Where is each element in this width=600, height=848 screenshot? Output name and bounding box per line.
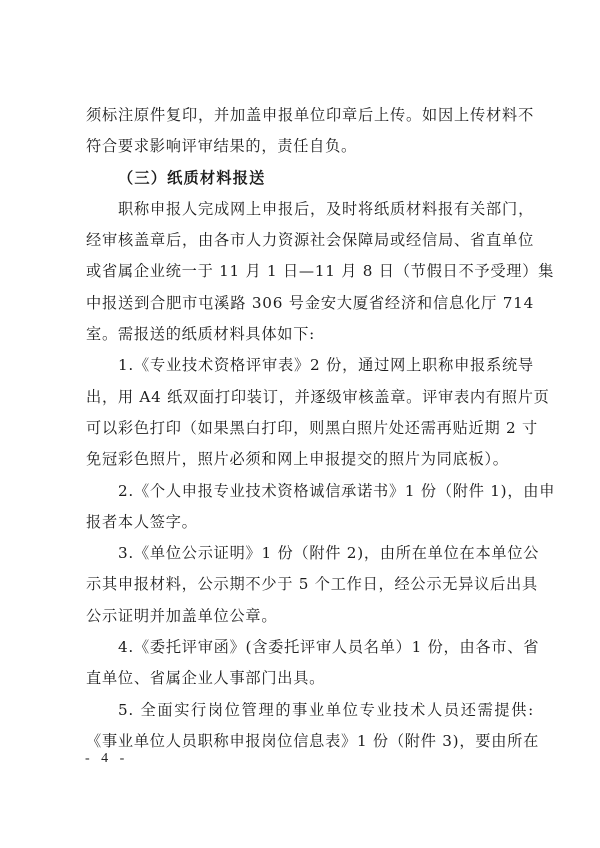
body-line: 免冠彩色照片，照片必须和网上申报提交的照片为同底板）。 xyxy=(86,444,534,475)
body-line: 报者本人签字。 xyxy=(86,507,534,538)
list-item-3: 3.《单位公示证明》1 份（附件 2)，由所在单位在本单位公 xyxy=(86,538,534,569)
list-item-1: 1.《专业技术资格评审表》2 份，通过网上职称申报系统导 xyxy=(86,350,534,381)
body-line: 直单位、省属企业人事部门出具。 xyxy=(86,663,534,694)
body-line: 符合要求影响评审结果的，责任自负。 xyxy=(86,131,534,162)
body-line: 须标注原件复印，并加盖申报单位印章后上传。如因上传材料不 xyxy=(86,100,534,131)
list-item-5: 5. 全面实行岗位管理的事业单位专业技术人员还需提供: xyxy=(86,695,534,726)
section-heading: （三）纸质材料报送 xyxy=(86,163,534,194)
body-line: 或省属企业统一于 11 月 1 日—11 月 8 日（节假日不予受理）集 xyxy=(86,256,534,287)
list-item-2: 2.《个人申报专业技术资格诚信承诺书》1 份（附件 1)，由申 xyxy=(86,476,534,507)
body-line: 中报送到合肥市屯溪路 306 号金安大厦省经济和信息化厅 714 xyxy=(86,288,534,319)
body-line: 示其申报材料，公示期不少于 5 个工作日，经公示无异议后出具 xyxy=(86,569,534,600)
body-line: 出，用 A4 纸双面打印装订，并逐级审核盖章。评审表内有照片页 xyxy=(86,382,534,413)
page-number: - 4 - xyxy=(85,751,128,767)
paragraph-start: 职称申报人完成网上申报后，及时将纸质材料报有关部门， xyxy=(86,194,534,225)
body-line: 可以彩色打印（如果黑白打印，则黑白照片处还需再贴近期 2 寸 xyxy=(86,413,534,444)
list-item-4: 4.《委托评审函》(含委托评审人员名单）1 份，由各市、省 xyxy=(86,632,534,663)
body-line: 《事业单位人员职称申报岗位信息表》1 份（附件 3)，要由所在 xyxy=(86,726,534,757)
document-page: 须标注原件复印，并加盖申报单位印章后上传。如因上传材料不 符合要求影响评审结果的… xyxy=(86,100,534,757)
body-line: 经审核盖章后，由各市人力资源社会保障局或经信局、省直单位 xyxy=(86,225,534,256)
body-line: 公示证明并加盖单位公章。 xyxy=(86,601,534,632)
body-line: 室。需报送的纸质材料具体如下: xyxy=(86,319,534,350)
